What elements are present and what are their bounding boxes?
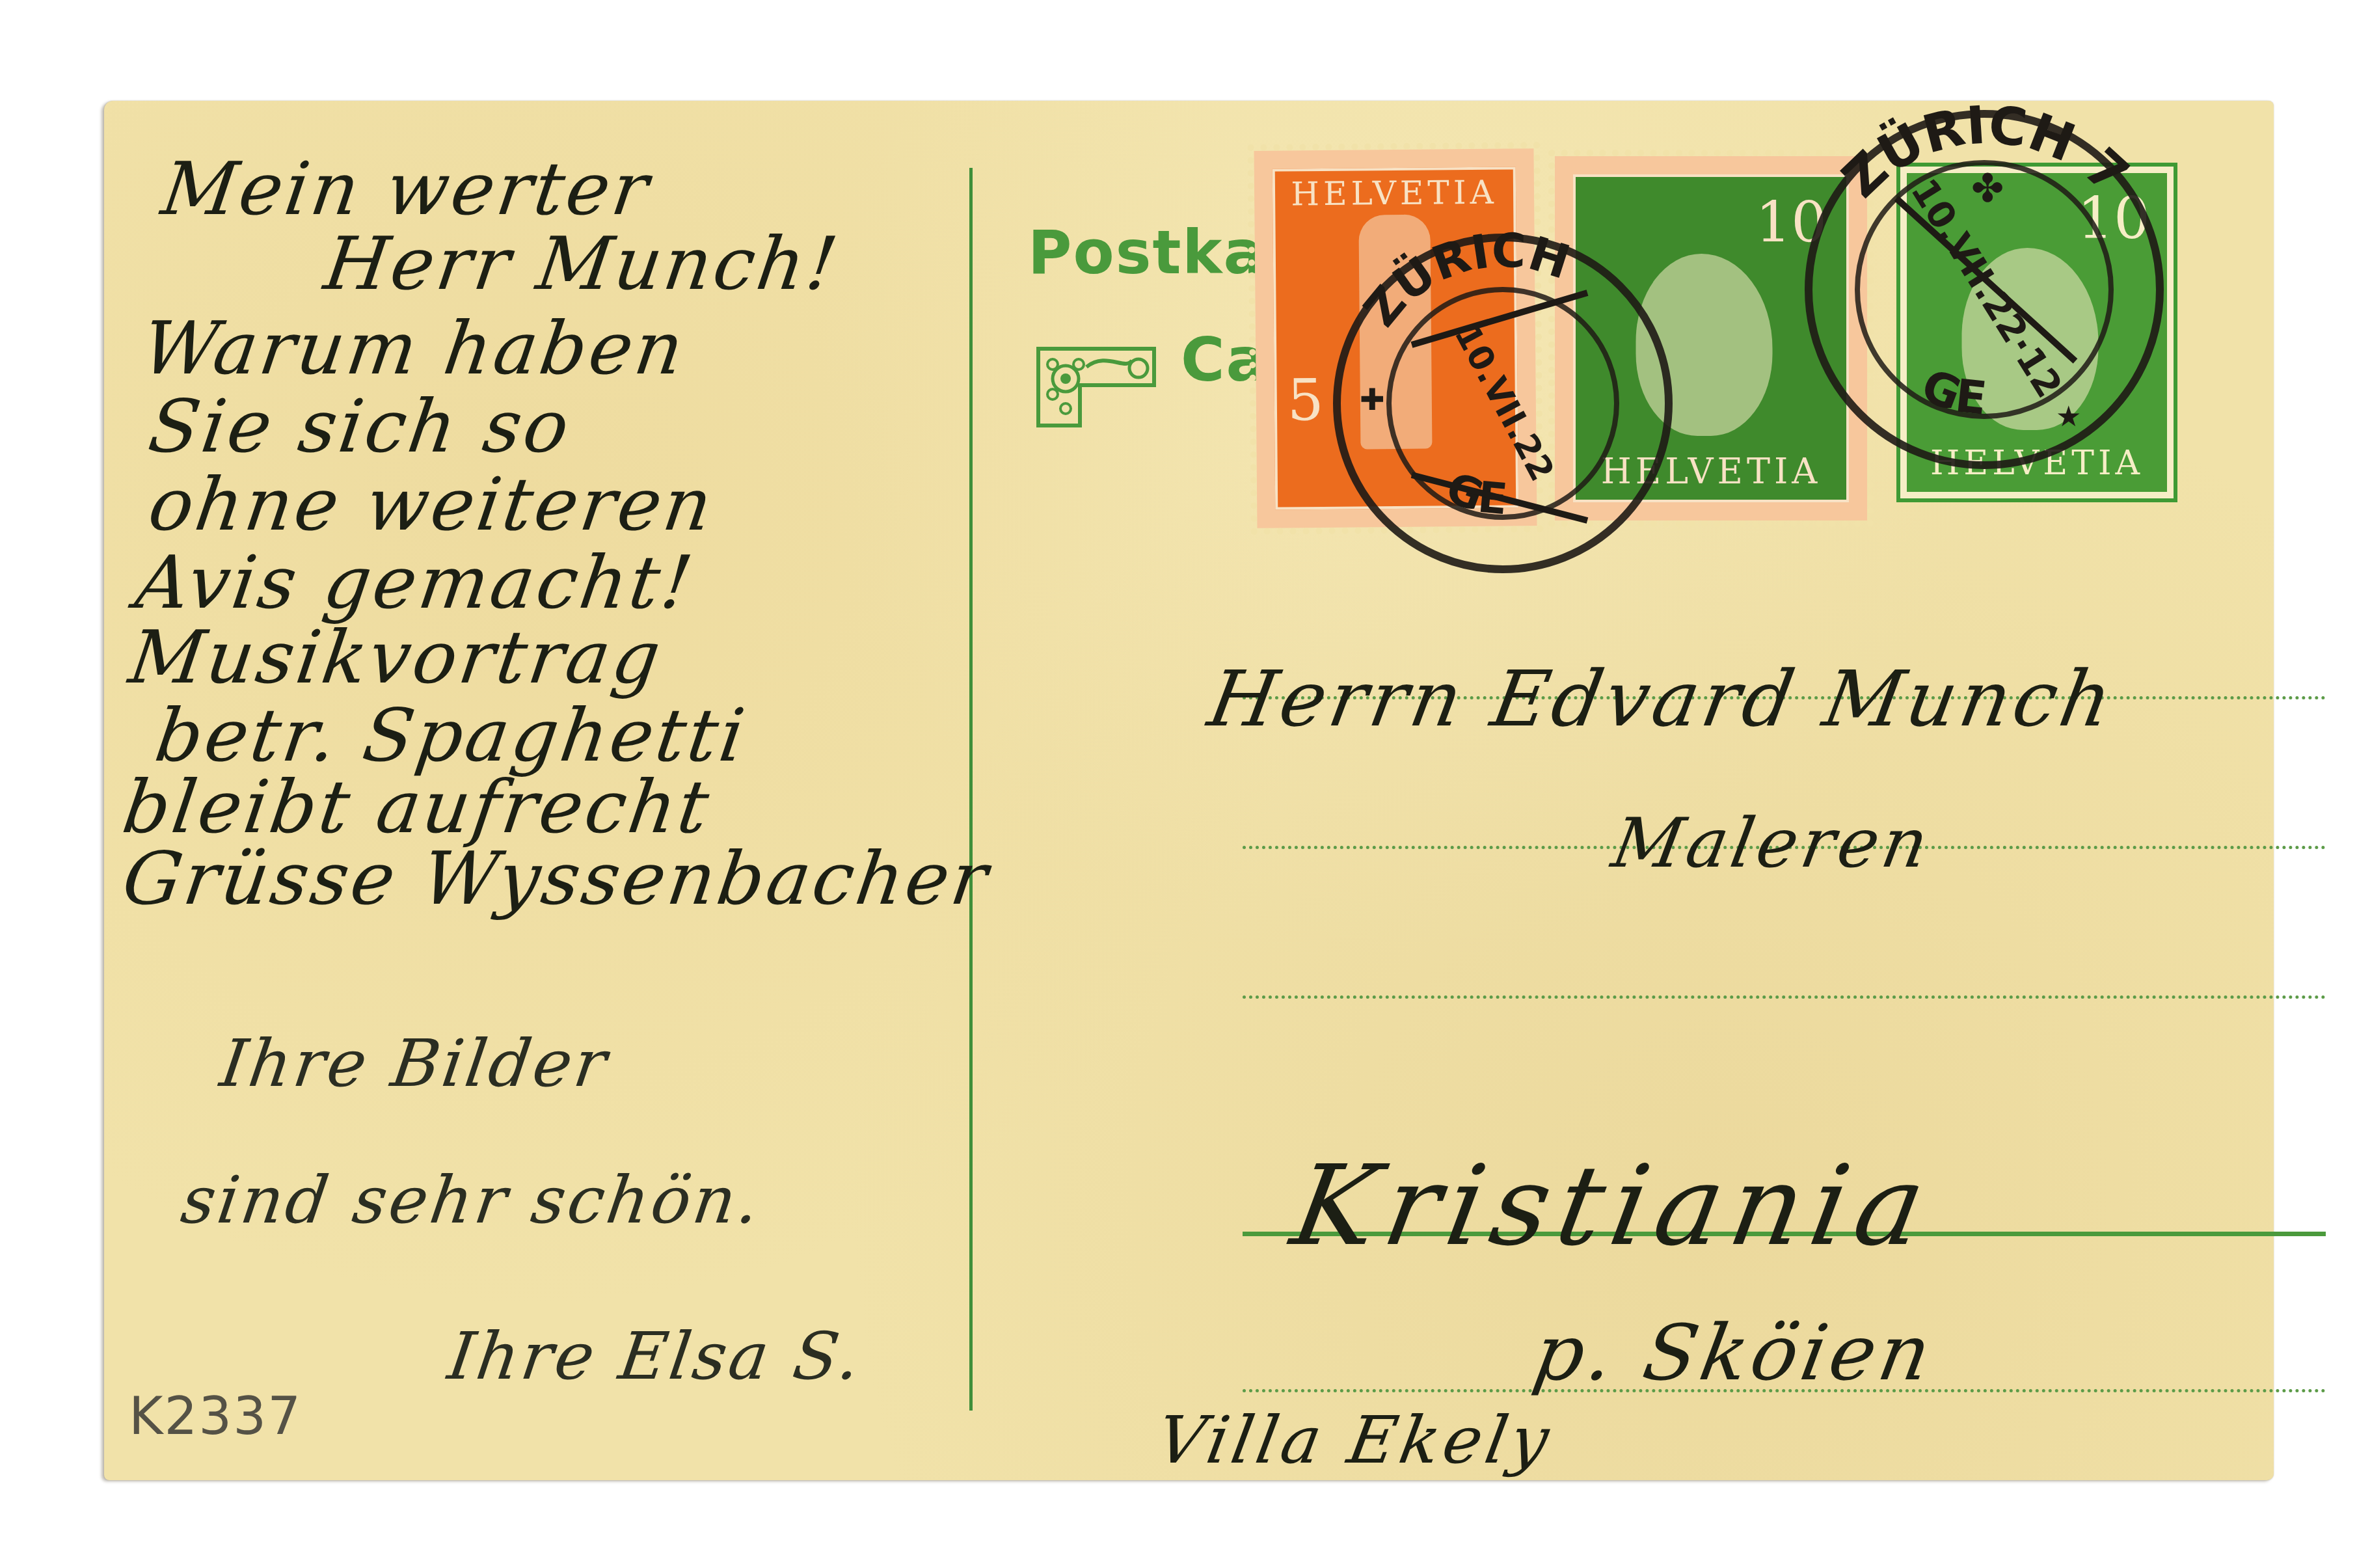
archive-number: K2337 [129,1386,302,1446]
message-line: Warum haben [138,312,690,385]
address-line-dotted [1243,995,2326,999]
stamp-value: 5 [1287,366,1324,433]
card-divider-line [969,168,973,1411]
message-line: ohne weiteren [144,468,719,541]
indicium-value: 10 [2077,185,2150,252]
indicium-country: HELVETIA [1907,444,2167,483]
stamp-green-10: 10 HELVETIA [1555,156,1867,520]
printed-indicium: 10 HELVETIA [1896,163,2177,502]
message-line: Herr Munch! [320,228,844,301]
postkarte-header: Postka [1028,218,1265,288]
signature: Ihre Elsa S. [444,1324,867,1389]
message-line: Sie sich so [144,390,576,463]
stamp-value: 10 [1756,190,1827,255]
message-line: betr. Spaghetti [151,699,751,772]
recipient-villa: Villa Ekely [1151,1402,1559,1478]
message-line: sind sehr schön. [178,1168,766,1233]
postcard: Postka Ca Mein werter Herr Munch! Warum … [104,101,2274,1480]
stamp-country: HELVETIA [1576,451,1846,492]
message-line: bleibt aufrecht [118,771,716,844]
recipient-city: Kristiania [1284,1142,1943,1271]
stamp-country: HELVETIA [1275,173,1513,213]
recipient-district: p. Sköien [1528,1308,1941,1398]
william-tell-portrait-icon [1962,248,2099,430]
william-tell-portrait-icon [1636,254,1773,436]
tell-son-figure-icon [1358,214,1432,449]
recipient-name: Herrn Edvard Munch [1202,654,2122,744]
message-line: Musikvortrag [125,621,667,694]
recipient-title: Maleren [1606,804,1937,883]
message-line: Mein werter [157,153,655,226]
stamp-orange-5: HELVETIA 5 [1254,148,1537,528]
message-line: Ihre Bilder [217,1031,613,1096]
floral-ornament-icon [1034,345,1158,429]
message-line: Avis gemacht! [131,547,699,619]
message-line: Grüsse Wyssenbacher [118,843,994,915]
